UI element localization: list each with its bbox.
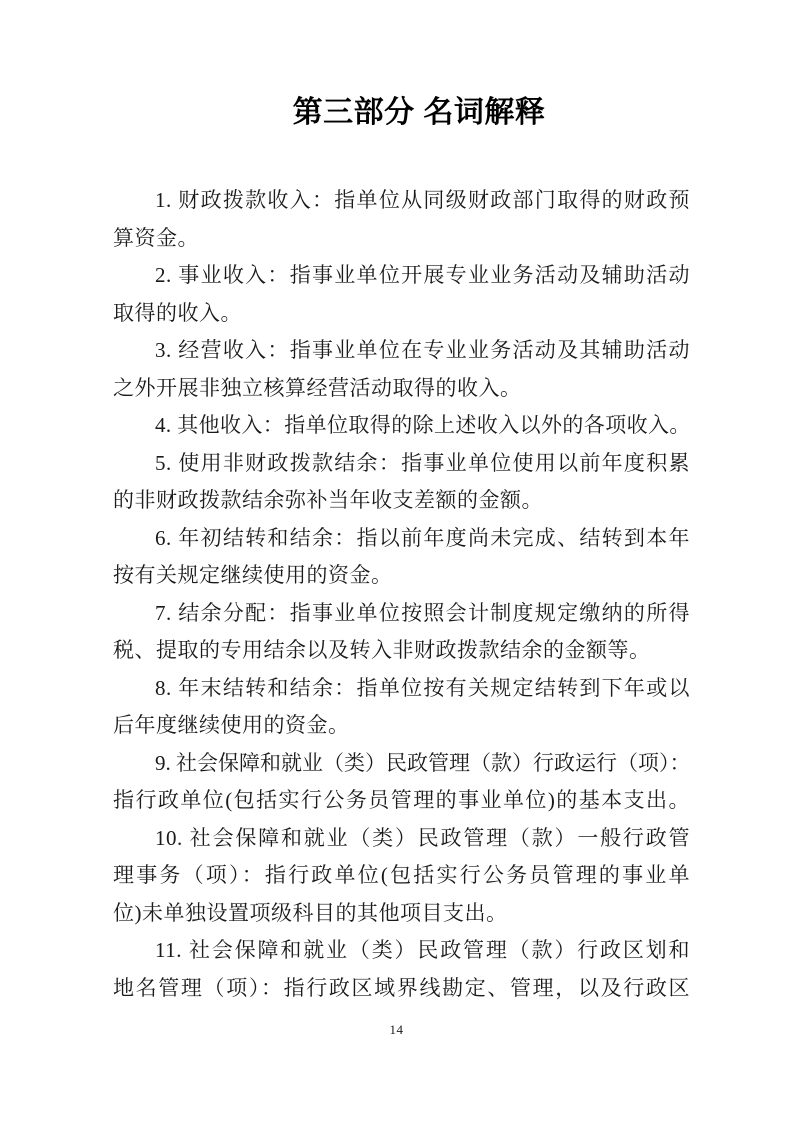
text-line: 地名管理（项）：指行政区域界线勘定、管理，以及行政区 — [113, 970, 690, 1008]
text-line: 后年度继续使用的资金。 — [113, 707, 690, 745]
text-line: 取得的收入。 — [113, 295, 690, 333]
text-line: 7. 结余分配：指事业单位按照会计制度规定缴纳的所得 — [113, 595, 690, 633]
text-line: 理事务（项）：指行政单位(包括实行公务员管理的事业单 — [113, 857, 690, 895]
section-title: 第三部分 名词解释 — [0, 94, 793, 132]
text-line: 2. 事业收入：指事业单位开展专业业务活动及辅助活动 — [113, 257, 690, 295]
term-paragraph: 7. 结余分配：指事业单位按照会计制度规定缴纳的所得税、提取的专用结余以及转入非… — [113, 595, 690, 670]
text-line: 指行政单位(包括实行公务员管理的事业单位)的基本支出。 — [113, 782, 690, 820]
page-number: 14 — [0, 1022, 793, 1038]
text-line: 11. 社会保障和就业（类）民政管理（款）行政区划和 — [113, 932, 690, 970]
text-line: 5. 使用非财政拨款结余：指事业单位使用以前年度积累 — [113, 445, 690, 483]
term-paragraph: 11. 社会保障和就业（类）民政管理（款）行政区划和地名管理（项）：指行政区域界… — [113, 932, 690, 1007]
text-line: 4. 其他收入：指单位取得的除上述收入以外的各项收入。 — [113, 407, 690, 445]
text-line: 8. 年末结转和结余：指单位按有关规定结转到下年或以 — [113, 670, 690, 708]
term-paragraph: 5. 使用非财政拨款结余：指事业单位使用以前年度积累的非财政拨款结余弥补当年收支… — [113, 445, 690, 520]
text-line: 位)未单独设置项级科目的其他项目支出。 — [113, 895, 690, 933]
text-line: 算资金。 — [113, 220, 690, 258]
document-page: 第三部分 名词解释 1. 财政拨款收入：指单位从同级财政部门取得的财政预算资金。… — [0, 0, 793, 1122]
text-line: 3. 经营收入：指事业单位在专业业务活动及其辅助活动 — [113, 332, 690, 370]
text-line: 的非财政拨款结余弥补当年收支差额的金额。 — [113, 482, 690, 520]
term-paragraph: 4. 其他收入：指单位取得的除上述收入以外的各项收入。 — [113, 407, 690, 445]
text-line: 1. 财政拨款收入：指单位从同级财政部门取得的财政预 — [113, 182, 690, 220]
text-line: 按有关规定继续使用的资金。 — [113, 557, 690, 595]
term-paragraph: 8. 年末结转和结余：指单位按有关规定结转到下年或以后年度继续使用的资金。 — [113, 670, 690, 745]
text-line: 9. 社会保障和就业（类）民政管理（款）行政运行（项）： — [113, 745, 690, 783]
text-line: 6. 年初结转和结余：指以前年度尚未完成、结转到本年 — [113, 520, 690, 558]
text-line: 10. 社会保障和就业（类）民政管理（款）一般行政管 — [113, 820, 690, 858]
text-line: 之外开展非独立核算经营活动取得的收入。 — [113, 370, 690, 408]
term-paragraph: 3. 经营收入：指事业单位在专业业务活动及其辅助活动之外开展非独立核算经营活动取… — [113, 332, 690, 407]
term-paragraph: 6. 年初结转和结余：指以前年度尚未完成、结转到本年按有关规定继续使用的资金。 — [113, 520, 690, 595]
text-line: 税、提取的专用结余以及转入非财政拨款结余的金额等。 — [113, 632, 690, 670]
term-paragraph: 1. 财政拨款收入：指单位从同级财政部门取得的财政预算资金。 — [113, 182, 690, 257]
term-paragraph: 10. 社会保障和就业（类）民政管理（款）一般行政管理事务（项）：指行政单位(包… — [113, 820, 690, 933]
terms-list: 1. 财政拨款收入：指单位从同级财政部门取得的财政预算资金。2. 事业收入：指事… — [113, 182, 690, 1007]
term-paragraph: 2. 事业收入：指事业单位开展专业业务活动及辅助活动取得的收入。 — [113, 257, 690, 332]
term-paragraph: 9. 社会保障和就业（类）民政管理（款）行政运行（项）：指行政单位(包括实行公务… — [113, 745, 690, 820]
